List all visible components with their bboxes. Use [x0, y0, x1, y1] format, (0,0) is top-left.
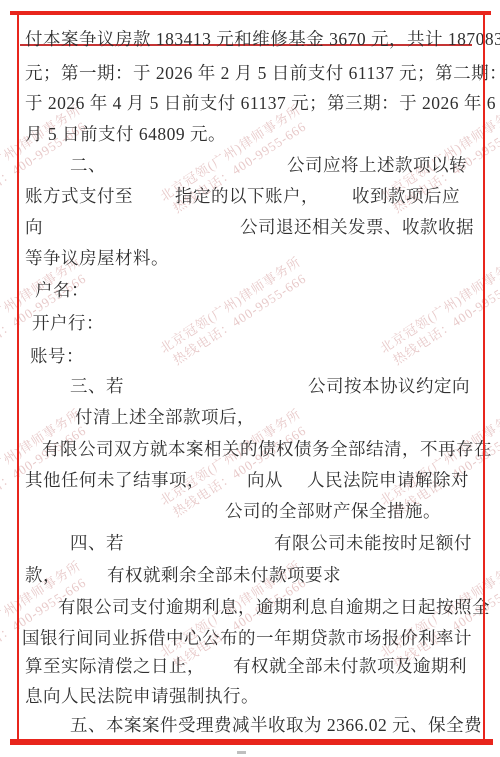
- text-segment: 三、若: [70, 373, 124, 398]
- text-segment: 开户行：: [32, 310, 104, 335]
- text-segment: 国银行间同业拆借中心公布的一年期贷款市场报价利率计: [22, 625, 472, 650]
- document-line: 月 5 日前支付 64809 元。: [0, 121, 500, 145]
- text-segment: 公司按本协议约定向: [308, 373, 470, 398]
- document-line: 开户行：: [0, 310, 500, 334]
- text-segment: 有权就剩余全部未付款项要求: [107, 562, 341, 587]
- document-line: 款，有权就剩余全部未付款项要求: [0, 562, 500, 586]
- document-border-top: [10, 11, 491, 15]
- text-layer: 付本案争议房款 183413 元和维修基金 3670 元，共计 187083元；…: [0, 0, 500, 757]
- text-segment: 其他任何未了结事项，: [25, 467, 205, 492]
- document-line: 等争议房屋材料。: [0, 245, 500, 269]
- document-line: 有限公司支付逾期利息，逾期利息自逾期之日起按照全: [0, 594, 500, 618]
- document-line: 算至实际清偿之日止，有权就全部未付款项及逾期利: [0, 653, 500, 677]
- text-segment: 四、若: [70, 530, 124, 555]
- document-line: 五、本案案件受理费减半收取为 2366.02 元、保全费: [0, 712, 500, 736]
- text-segment: 有权就全部未付款项及逾期利: [233, 653, 467, 678]
- text-segment: 有限公司支付逾期利息，逾期利息自逾期之日起按照全: [58, 594, 490, 619]
- document-line: 账方式支付至指定的以下账户，收到款项后应: [0, 183, 500, 207]
- text-segment: 向从: [247, 467, 283, 492]
- document-line: 户名：: [0, 277, 500, 301]
- text-segment: 等争议房屋材料。: [25, 245, 169, 270]
- document-line: 三、若公司按本协议约定向: [0, 373, 500, 397]
- text-segment: 有限公司双方就本案相关的债权债务全部结清，不再存在: [42, 436, 492, 461]
- text-segment: 付本案争议房款 183413 元和维修基金 3670 元，共计 187083: [25, 26, 500, 51]
- document-line: 向公司退还相关发票、收款收据: [0, 214, 500, 238]
- text-segment: 账号：: [30, 343, 84, 368]
- text-segment: 公司的全部财产保全措施。: [225, 498, 441, 523]
- document-line: 公司的全部财产保全措施。: [0, 498, 500, 522]
- document-line: 付本案争议房款 183413 元和维修基金 3670 元，共计 187083: [0, 26, 500, 50]
- text-segment: 公司应将上述款项以转: [287, 152, 467, 177]
- document-line: 国银行间同业拆借中心公布的一年期贷款市场报价利率计: [0, 625, 500, 649]
- document-line: 息向人民法院申请强制执行。: [0, 683, 500, 707]
- document-line: 其他任何未了结事项，向从人民法院申请解除对: [0, 467, 500, 491]
- text-segment: 于 2026 年 4 月 5 日前支付 61137 元；第三期：于 2026 年…: [25, 90, 496, 115]
- text-segment: 息向人民法院申请强制执行。: [25, 683, 259, 708]
- document-border-bottom: [10, 739, 493, 745]
- document-line: 账号：: [0, 343, 500, 367]
- page-number-mark: [237, 751, 246, 754]
- document-page: 北京冠领(广州)律师事务所热线电话：400-9955-666北京冠领(广州)律师…: [0, 0, 500, 757]
- text-segment: 人民法院申请解除对: [307, 467, 469, 492]
- document-line: 元；第一期：于 2026 年 2 月 5 日前支付 61137 元；第二期：: [0, 60, 500, 84]
- text-segment: 二、: [70, 152, 106, 177]
- document-line: 有限公司双方就本案相关的债权债务全部结清，不再存在: [0, 436, 500, 460]
- text-segment: 有限公司未能按时足额付: [274, 530, 472, 555]
- document-line: 四、若有限公司未能按时足额付: [0, 530, 500, 554]
- text-segment: 账方式支付至: [25, 183, 133, 208]
- text-segment: 指定的以下账户，: [175, 183, 319, 208]
- document-line: 于 2026 年 4 月 5 日前支付 61137 元；第三期：于 2026 年…: [0, 90, 500, 114]
- document-border-right: [483, 11, 485, 744]
- text-segment: 月 5 日前支付 64809 元。: [25, 121, 226, 146]
- text-segment: 付清上述全部款项后，: [75, 404, 255, 429]
- text-segment: 公司退还相关发票、收款收据: [240, 214, 474, 239]
- text-segment: 款，: [25, 562, 61, 587]
- text-segment: 户名：: [35, 277, 89, 302]
- document-border-left: [17, 11, 19, 744]
- text-segment: 向: [25, 214, 43, 239]
- document-line: 付清上述全部款项后，: [0, 404, 500, 428]
- text-segment: 五、本案案件受理费减半收取为 2366.02 元、保全费: [70, 712, 482, 737]
- text-segment: 收到款项后应: [352, 183, 460, 208]
- text-segment: 算至实际清偿之日止，: [25, 653, 205, 678]
- text-segment: 元；第一期：于 2026 年 2 月 5 日前支付 61137 元；第二期：: [25, 60, 500, 85]
- document-line: 二、公司应将上述款项以转: [0, 152, 500, 176]
